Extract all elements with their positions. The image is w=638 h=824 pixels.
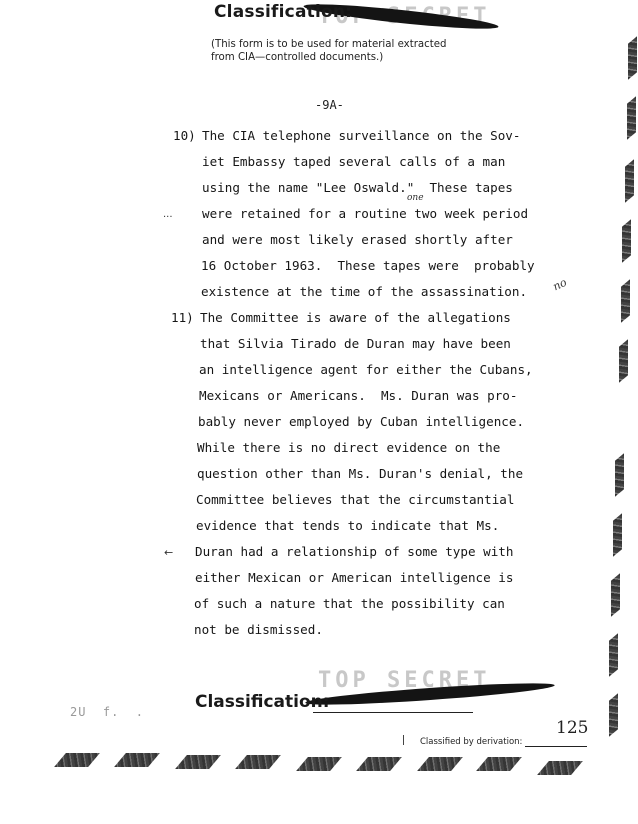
scan-artifact <box>625 159 634 203</box>
paragraph-number-11: 11) <box>171 310 194 325</box>
classification-underline <box>313 712 473 713</box>
paragraph-11-line: Committee believes that the circumstanti… <box>196 492 514 507</box>
scan-artifact <box>609 633 618 677</box>
classification-label-bottom: Classification: <box>195 692 330 712</box>
paragraph-11-line: question other than Ms. Duran's denial, … <box>197 466 523 481</box>
derivation-label: Classified by derivation: <box>420 737 522 747</box>
scan-artifact <box>54 753 100 767</box>
scan-artifact <box>615 453 624 497</box>
margin-mark-dots: ··· <box>163 212 173 223</box>
scan-artifact <box>175 755 221 769</box>
classification-label-top: Classification: <box>214 2 352 22</box>
scan-artifact <box>114 753 160 767</box>
scan-artifact <box>356 757 402 771</box>
scan-artifact <box>621 279 630 323</box>
scan-artifact <box>235 755 281 769</box>
paragraph-11-line: not be dismissed. <box>194 622 323 637</box>
paragraph-10-line: iet Embassy taped several calls of a man <box>202 154 505 169</box>
paragraph-10-line: 16 October 1963. These tapes were probab… <box>201 258 535 273</box>
paragraph-11-line: an intelligence agent for either the Cub… <box>199 362 533 377</box>
margin-mark-arrow: ← <box>164 546 173 559</box>
form-note-line-1: (This form is to be used for material ex… <box>211 38 446 51</box>
scan-artifact <box>476 757 522 771</box>
paragraph-11-line: either Mexican or American intelligence … <box>195 570 513 585</box>
scan-artifact <box>611 573 620 617</box>
form-note-line-2: from CIA—controlled documents.) <box>211 51 446 64</box>
derivation-underline <box>525 746 587 747</box>
scan-artifact <box>613 513 622 557</box>
tick-mark <box>403 735 404 745</box>
page-marker: -9A- <box>315 98 344 112</box>
paragraph-11-line: While there is no direct evidence on the <box>197 440 500 455</box>
document-id: 2U f. . <box>70 705 144 719</box>
paragraph-11-line: Duran had a relationship of some type wi… <box>195 544 513 559</box>
scan-artifact <box>417 757 463 771</box>
form-note: (This form is to be used for material ex… <box>211 38 446 64</box>
paragraph-11-line: bably never employed by Cuban intelligen… <box>198 414 524 429</box>
paragraph-number-10: 10) <box>173 128 196 143</box>
paragraph-10-line: The CIA telephone surveillance on the So… <box>202 128 520 143</box>
page-number: 125 <box>556 718 588 738</box>
scan-artifact <box>627 96 636 140</box>
scan-artifact <box>296 757 342 771</box>
paragraph-11-line: The Committee is aware of the allegation… <box>200 310 511 325</box>
scan-artifact <box>619 339 628 383</box>
paragraph-10-line: were retained for a routine two week per… <box>202 206 528 221</box>
paragraph-10-line: and were most likely erased shortly afte… <box>202 232 513 247</box>
paragraph-10-line: using the name "Lee Oswald." These tapes <box>202 180 513 195</box>
scan-artifact <box>537 761 583 775</box>
scan-artifact <box>622 219 631 263</box>
handwritten-annotation-no: no <box>551 276 569 294</box>
paragraph-11-line: Mexicans or Americans. Ms. Duran was pro… <box>199 388 517 403</box>
paragraph-11-line: of such a nature that the possibility ca… <box>194 596 505 611</box>
paragraph-10-line: existence at the time of the assassinati… <box>201 284 527 299</box>
scan-artifact <box>609 693 618 737</box>
handwritten-annotation-one: one <box>407 193 424 203</box>
paragraph-11-line: that Silvia Tirado de Duran may have bee… <box>200 336 511 351</box>
paragraph-11-line: evidence that tends to indicate that Ms. <box>196 518 499 533</box>
scan-artifact <box>628 36 637 80</box>
